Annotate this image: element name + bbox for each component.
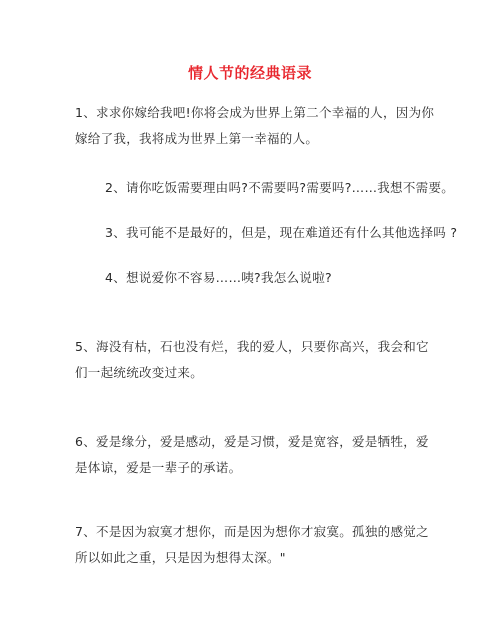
quote-paragraph-7: 7、不是因为寂寞才想你，而是因为想你才寂寞。孤独的感觉之所以如此之重，只是因为想… [75, 519, 435, 571]
quote-paragraph-1: 1、求求你嫁给我吧!你将会成为世界上第二个幸福的人，因为你嫁给了我，我将成为世界… [75, 100, 435, 152]
document-title: 情人节的经典语录 [0, 62, 500, 83]
quote-paragraph-5: 5、海没有枯，石也没有烂，我的爱人，只要你高兴，我会和它们一起统统改变过来。 [75, 334, 435, 386]
quote-paragraph-2: 2、请你吃饭需要理由吗?不需要吗?需要吗?……我想不需要。 [105, 175, 485, 201]
quote-paragraph-3: 3、我可能不是最好的，但是，现在难道还有什么其他选择吗 ? [105, 220, 485, 246]
quote-paragraph-6: 6、爱是缘分，爱是感动，爱是习惯，爱是宽容，爱是牺牲，爱是体谅，爱是一辈子的承诺… [75, 429, 435, 481]
quote-paragraph-4: 4、想说爱你不容易……咦?我怎么说啦? [105, 265, 485, 291]
document-page: 情人节的经典语录 1、求求你嫁给我吧!你将会成为世界上第二个幸福的人，因为你嫁给… [0, 0, 500, 636]
